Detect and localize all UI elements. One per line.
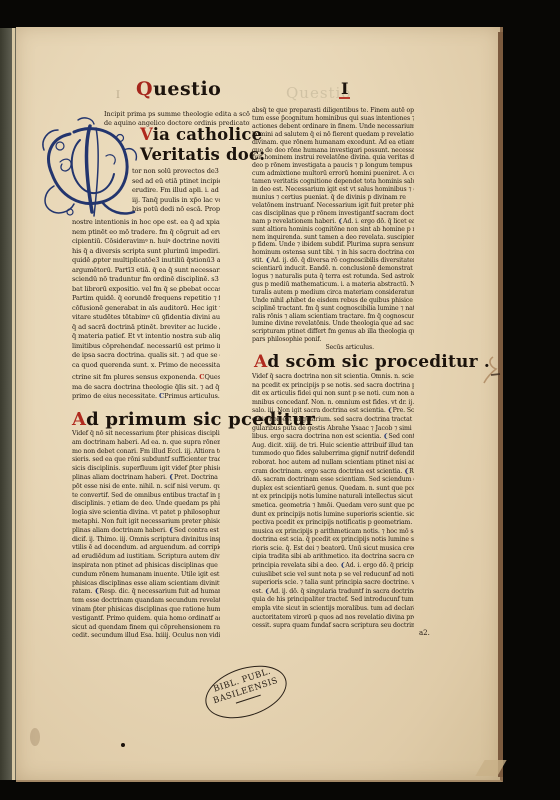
text-line: sicis disciplinis. superfluum igit videf… xyxy=(72,465,220,474)
text-line: sciendū nō traduntur fm ordinē disciplin… xyxy=(72,275,220,285)
text-line: in deo est. Necessarium igit est vt salu… xyxy=(252,186,414,194)
text-line: sunt altiora hominis cognitōne non sint … xyxy=(252,226,414,234)
text-line: bis potū dedi nō escā. Propositū xyxy=(132,205,220,215)
text-line: inspirata non ptinet ad phisicas discipl… xyxy=(72,562,220,571)
binding-edge xyxy=(12,28,15,780)
opening-heading-line-1: Via catholice xyxy=(140,126,262,144)
text-line: entia non est singularium. sed sacra doc… xyxy=(252,416,414,425)
text-line: homini ad salutem q̄ ei nō fierent queda… xyxy=(252,131,414,139)
text-line: principia revelata sibi a deo. ❨Ad. i. e… xyxy=(252,562,414,571)
text-line: mo non debet conari. Fm illud Eccl. iij.… xyxy=(72,448,220,457)
heading-text: d scōm sic proceditur . xyxy=(267,352,490,372)
text-line: nt ex principijs notis lumine naturali i… xyxy=(252,493,414,502)
paragraph-mark: ❨ xyxy=(94,588,99,595)
text-line: gularibus puta de gestis Abrahe Ysaac ⁊ … xyxy=(252,425,414,434)
articulus-label: Primus articulus. xyxy=(164,392,220,400)
right-text-column: absq̄ te que preparasti diligentibus te.… xyxy=(252,107,414,352)
text-line: logus ⁊ naturalis puta q̄ terra est rotu… xyxy=(252,273,414,281)
text-line: ma de sacra doctrina theologie q̄lis sit… xyxy=(72,383,220,393)
text-line: superioris scie. ⁊ talia sunt principia … xyxy=(252,579,414,588)
text-line: absq̄ te que preparasti diligentibus te.… xyxy=(252,107,414,115)
text-line: sed ad eū etiā ptinet incipientes xyxy=(132,177,220,187)
running-head-initial: Q xyxy=(136,78,153,100)
text-line: dit ex articulis fidei qui non sunt p se… xyxy=(252,390,414,399)
text-line: ralis rōnis ⁊ aliam scientiam tractare. … xyxy=(252,313,414,321)
text-line: dunt ex principijs notis lumine superior… xyxy=(252,511,414,520)
text-line: his q̄ a diversis scripta sunt plurimū i… xyxy=(72,247,220,257)
text-line: cipia tradita sibi ab arithmetico. ita d… xyxy=(252,553,414,562)
text-line: que de deo rōne humana investigari possu… xyxy=(252,147,414,155)
text-line: bat librorū expositio. vel fm q̄ se ꝑbeb… xyxy=(72,285,220,295)
text-line: lumine divine revelatōnis. Unde theologi… xyxy=(252,320,414,328)
text-line: auctoritatem virorū p quos ad nos revela… xyxy=(252,614,414,623)
text-line: sicut ad quendam finem qui cōprehensione… xyxy=(72,624,220,633)
text-line: am doctrinam haberi. Ad ea. n. que supra… xyxy=(72,439,220,448)
paragraph-mark: ❨ xyxy=(169,474,174,481)
text-line: plinas aliam doctrinam haberi. ❨Sed cont… xyxy=(72,527,220,536)
heading-text: ia catholice xyxy=(153,125,263,144)
text-line: pectiva pcedit ex principijs notificatis… xyxy=(252,519,414,528)
text-line: nem ptinēt eo mō tradere. fm q̄ cōgruit … xyxy=(72,228,220,238)
text-line: gus p mediū mathematicum. i. a materia a… xyxy=(252,281,414,289)
rubric-capital: A xyxy=(72,409,86,430)
ink-spot xyxy=(121,743,125,747)
rubric-capital: V xyxy=(140,125,153,144)
left-column-bottom: Videf q̄ nō sit necessarium p̄ter phisic… xyxy=(72,430,220,641)
signature-mark: a2. xyxy=(419,629,430,637)
text-line: tum esse p̄cognitum hominibus qui suas i… xyxy=(252,115,414,123)
text-line: cipientiū. Cōsideravimꝰ n. huiꝰ doctrine… xyxy=(72,237,220,247)
text-line: deo p rōnem investigata a paucis ⁊ p lon… xyxy=(252,162,414,170)
text-line: Unde nihil ꝓhibet de eisdem rebus de qui… xyxy=(252,297,414,305)
text-line: cram doctrinam. ergo sacra doctrina est … xyxy=(252,468,414,477)
text-line: na pcedit ex principijs p se notis. sed … xyxy=(252,382,414,391)
left-column-body: nostre intentionis in hoc ope est. ea q̄… xyxy=(72,218,220,370)
text-line: nostre intentionis in hoc ope est. ea q̄… xyxy=(72,218,220,228)
paragraph-mark: ❨ xyxy=(169,527,174,534)
text-line: munius ⁊ certius pueniat. q̄ de divinis … xyxy=(252,194,414,202)
line-text: ctrine sit fm plures sensus exponenda. xyxy=(72,373,197,381)
page-edge xyxy=(498,32,503,777)
text-line: pars philosophie ponif. xyxy=(252,336,414,344)
text-line: Videf q̄ sacra doctrina non sit scientia… xyxy=(252,373,414,382)
text-line: actiones debent ordinare in finem. Unde … xyxy=(252,123,414,131)
text-line: tor non solū provectos de3 instruere xyxy=(132,167,220,177)
text-line: quia de his principaliter tractef. Sed i… xyxy=(252,596,414,605)
text-line: argumētorū. Partī3 etiā. q̄ ea q̄ sunt n… xyxy=(72,266,220,276)
text-line: vinam p̄ter phisicas disciplinas que rat… xyxy=(72,606,220,615)
text-line: cessit. supra quam fundaf sacra scriptur… xyxy=(252,622,414,631)
text-line: te convertif. Sed de omnibus entibus tra… xyxy=(72,492,220,501)
text-line: iij. Tanq̄ puulis in xp̄o lac vo xyxy=(132,196,220,206)
line-text: primo de eius necessitate. xyxy=(72,392,157,400)
text-line: erudire. Fm illud apli. i. ad Cor. xyxy=(132,186,220,196)
text-line: q̄ materia patief. Et vt intentio nostra… xyxy=(72,332,220,342)
running-head-title: Questio xyxy=(136,78,221,100)
text-line: ad erudiēdum ad iustitiam. Scriptura aut… xyxy=(72,553,220,562)
text-line: logia sive scientia divina. vt patet p p… xyxy=(72,509,220,518)
questio-label: Questio pri xyxy=(204,373,220,381)
opening-heading-line-2: Veritatis doc: xyxy=(140,146,265,164)
text-line: scripturam ptinet differt fm genus ab il… xyxy=(252,328,414,336)
text-line: vitare studētes tētabimꝰ cū ꝯfidentia di… xyxy=(72,313,220,323)
text-line: divinam. que rōnem humanam excedunt. Ad … xyxy=(252,139,414,147)
text-line: metaphi. Non fuit igit necessarium prete… xyxy=(72,518,220,527)
text-line: phisicas disciplinas esse aliam scientia… xyxy=(72,580,220,589)
text-line: Aug. dicit. xiiij. de tri. Huic scientie… xyxy=(252,442,414,451)
paragraph-mark: ❨ xyxy=(383,433,388,440)
text-line: plinas aliam doctrinam haberi. ❨Pret. Do… xyxy=(72,474,220,483)
text-line: de ipsa sacra doctrina. qualis sit. ⁊ ad… xyxy=(72,351,220,361)
paragraph-mark: ❨ xyxy=(338,218,343,225)
text-line: tamen veritatis cognitione dependet tota… xyxy=(252,178,414,186)
paragraph-mark: ❨ xyxy=(265,588,270,595)
text-line: scientiarū inducit. Eandē. n. conclusion… xyxy=(252,265,414,273)
running-head-mark: I xyxy=(116,90,120,101)
text-line: limitibus cōprehendaf. necessariū est pr… xyxy=(72,342,220,352)
text-line: mnibus concedanf. Non. n. omnium est fid… xyxy=(252,399,414,408)
text-line: disciplinis. ⁊ etiam de deo. Unde quedam… xyxy=(72,500,220,509)
text-line: p fidem. Unde ⁊ ibidem subdif. Plurima s… xyxy=(252,241,414,249)
text-line: nam p revelationem haberi. ❨Ad. i. ergo … xyxy=(252,218,414,226)
folio-number: I xyxy=(339,81,350,99)
text-line: Partim quidē. q̄ eorundē frequens repeti… xyxy=(72,294,220,304)
text-line: sieris. sed ea que rōni subduntf suffici… xyxy=(72,456,220,465)
text-line: cuiuslibet scie vel sunt nota p se vel r… xyxy=(252,571,414,580)
text-line: dicif. ij. Thimo. iij. Omnis scriptura d… xyxy=(72,536,220,545)
text-line: ca quod querenda sunt. x. Primo de neces… xyxy=(72,361,220,371)
text-line: tummodo quo fides saluberrima gignif nut… xyxy=(252,450,414,459)
paragraph-mark: ❨ xyxy=(265,257,270,264)
rubric-capital: A xyxy=(254,352,267,372)
right-column-bottom: Videf q̄ sacra doctrina non sit scientia… xyxy=(252,373,414,631)
text-line: quidē ꝓpter multiplicatōe3 inutiliū q̄st… xyxy=(72,256,220,266)
text-line: q̄ ad sacrā doctrinā ptinēt. breviter ac… xyxy=(72,323,220,333)
left-column-questio: ctrine sit fm plures sensus exponenda. C… xyxy=(72,373,220,402)
paragraph-mark: ❨ xyxy=(340,562,345,569)
text-line: smetica. geometria ⁊ hmōi. Quedam vero s… xyxy=(252,502,414,511)
text-line: cum admixtione multorū errorū homini pue… xyxy=(252,170,414,178)
text-line: tem esse doctrinam quandam secundum reve… xyxy=(72,597,220,606)
text-line: cas disciplinas que p rōnem investigantf… xyxy=(252,210,414,218)
left-top-lines: tor non solū provectos de3 instrueresed … xyxy=(72,167,220,215)
text-line: turalis autem p medium circa materiam co… xyxy=(252,289,414,297)
paragraph-mark: ❨ xyxy=(404,468,409,475)
text-line: pōt esse nisi de ente. nihil. n. scif ni… xyxy=(72,483,220,492)
text-line: sciplinē tractant. fm q̄ sunt cognoscibi… xyxy=(252,305,414,313)
text-line: ratam. ❨Resp. dic. q̄ necessarium fuit a… xyxy=(72,588,220,597)
text-line: libus. ergo sacra doctrina non est scien… xyxy=(252,433,414,442)
text-line: vestigantf. Primo quidem. quia homo ordi… xyxy=(72,615,220,624)
text-line: musica ex principijs p arithmeticam noti… xyxy=(252,528,414,537)
text-line: ctrine sit fm plures sensus exponenda. C… xyxy=(72,373,220,383)
text-line: doctrina est scia. q̄ pcedit ex principi… xyxy=(252,536,414,545)
text-line: dō. sacram doctrinam esse scientiam. Sed… xyxy=(252,476,414,485)
text-line: vtilis ē ad docendum. ad arguendum. ad c… xyxy=(72,544,220,553)
text-line: duplex est scientiarū genus. Quedam. n. … xyxy=(252,485,414,494)
text-line: est. ❨Ad. ij. dō. q̄ singularia traduntf… xyxy=(252,588,414,597)
text-line: Videf q̄ nō sit necessarium p̄ter phisic… xyxy=(72,430,220,439)
text-line: cōfusionē generabat in aīs auditorū. Hec… xyxy=(72,304,220,314)
stain-spot xyxy=(30,728,40,746)
text-line: cundum rōnem humanam inuente. Utile igit… xyxy=(72,571,220,580)
section-heading-secundum: Ad scōm sic proceditur . xyxy=(254,353,490,371)
text-line: nem inquirenda. sunt tamen a deo revelat… xyxy=(252,234,414,242)
text-line: roborat. hoc autem ad nullam scientiam p… xyxy=(252,459,414,468)
text-line: hominum ostensa sunt tibi. ⁊ in his sacr… xyxy=(252,249,414,257)
text-line: fuit hominem instrui revelatōne divina. … xyxy=(252,154,414,162)
text-line: cedit. secundum illud Esa. lxiiij. Oculu… xyxy=(72,632,220,641)
paragraph-mark: ❨ xyxy=(388,407,393,414)
text-line: stit. ❨Ad. ij. dō. q̄ diversa rō cognosc… xyxy=(252,257,414,265)
text-line: empla vite sicut in scientijs moralibus.… xyxy=(252,605,414,614)
text-line: primo de eius necessitate. CPrimus artic… xyxy=(72,392,220,402)
text-line: rioris scie. q̄. Est dei ⁊ beatorū. Unū … xyxy=(252,545,414,554)
running-head-rest: uestio xyxy=(153,78,221,100)
articulus-label: Secūs articulus. xyxy=(252,344,414,352)
text-line: salo. iij. Non igit sacra doctrina est s… xyxy=(252,407,414,416)
text-line: velatōnem instruanf. Necessarium igit fu… xyxy=(252,202,414,210)
